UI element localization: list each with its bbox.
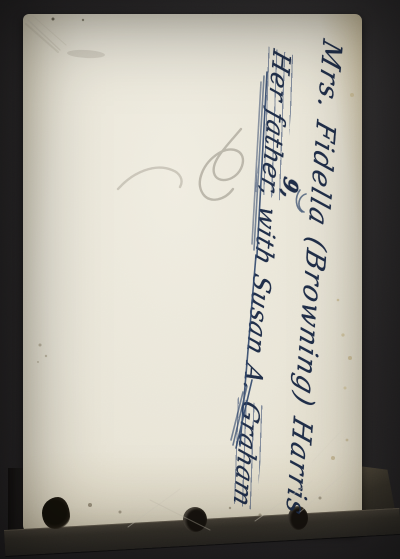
mount-hole-left: [42, 497, 70, 529]
photo-backdrop: Mrs. Fidella (Browning) Harris Her fathe…: [0, 0, 400, 559]
mount-hole-middle: [183, 507, 207, 532]
